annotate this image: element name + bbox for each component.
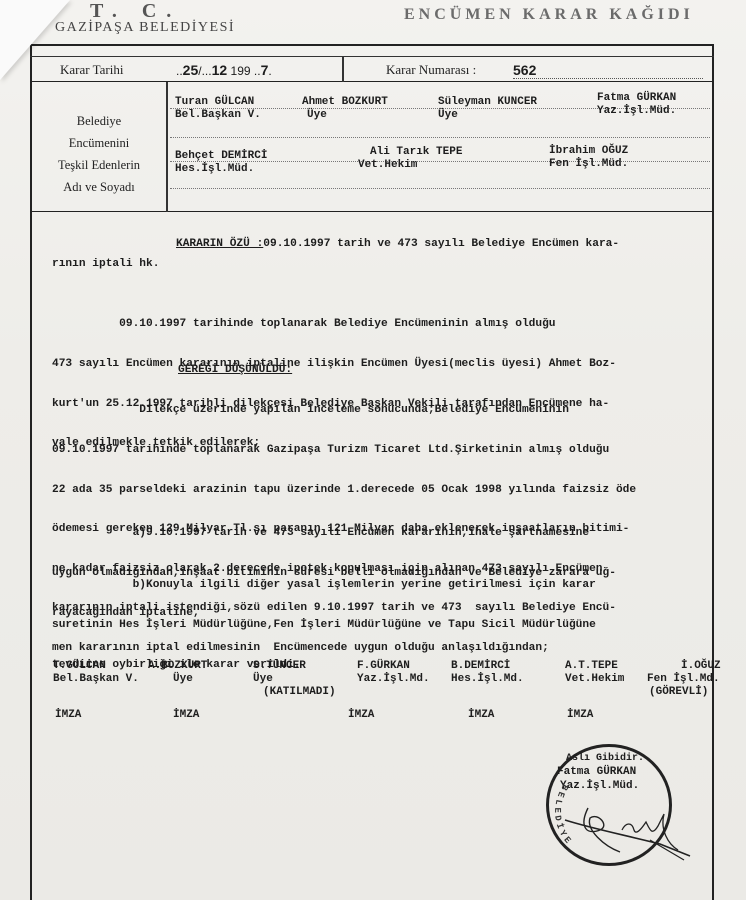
date-month: 12: [212, 62, 228, 78]
text-line: a)9.10.1997 tarih ve 473 sayılı Encümen …: [52, 527, 616, 540]
signatory: S.TUNCERÜye(KATILMADI): [253, 660, 336, 699]
signatory: A.T.TEPEVet.Hekim: [565, 660, 624, 686]
stamp-ring-label: BELEDİYE: [552, 782, 574, 848]
member-title: Vet.Hekim: [358, 159, 462, 172]
member-title: Üye: [438, 109, 537, 122]
considered-heading: GEREĞİ DÜŞÜNÜLDÜ:: [178, 364, 292, 377]
member-title: Üye: [302, 109, 388, 122]
caption-line: Encümenini: [34, 132, 164, 154]
text-line: Dilekçe üzerinde yapılan inceleme sonucu…: [52, 404, 636, 417]
member-entry: Süleyman KUNCERÜye: [438, 96, 537, 122]
folded-corner: [0, 0, 70, 80]
member-entry: Behçet DEMİRCİHes.İşl.Müd.: [175, 150, 267, 176]
caption-line: Adı ve Soyadı: [34, 176, 164, 198]
divider: [166, 82, 168, 212]
text-line: suretinin Hes İşleri Müdürlüğüne,Fen İşl…: [52, 619, 596, 632]
summary-label: KARARIN ÖZÜ :: [176, 238, 263, 250]
date-day: 25: [183, 62, 199, 78]
member-title: Yaz.İşl.Müd.: [597, 105, 676, 118]
signature-mark: İMZA: [567, 709, 593, 721]
signatory: T.GÜLCANBel.Başkan V.: [53, 660, 139, 686]
date-year-suffix: 7: [261, 62, 269, 78]
member-title: Fen İşl.Müd.: [549, 158, 628, 171]
member-entry: Turan GÜLCANBel.Başkan V.: [175, 96, 261, 122]
svg-text:BELEDİYE: BELEDİYE: [552, 782, 574, 848]
decision-date-value: ..25/...12 199 ..7.: [176, 62, 272, 78]
signatory: B.DEMİRCİHes.İşl.Md.: [451, 660, 524, 686]
text-line: 09.10.1997 tarihinde toplanarak Gazipaşa…: [52, 444, 636, 457]
members-caption: Belediye Encümenini Teşkil Edenlerin Adı…: [34, 110, 164, 198]
signature-mark: İMZA: [468, 709, 494, 721]
text-line: b)Konuyla ilgili diğer yasal işlemlerin …: [52, 579, 596, 592]
member-title: Bel.Başkan V.: [175, 109, 261, 122]
summary-text: 09.10.1997 tarih ve 473 sayılı Belediye …: [263, 238, 619, 250]
signatory: İ.OĞUZFen İşl.Md.(GÖREVLİ): [647, 660, 746, 699]
dotted-line: [170, 137, 710, 138]
member-entry: Ahmet BOZKURTÜye: [302, 96, 388, 122]
member-name: Ahmet BOZKURT: [302, 96, 388, 109]
signature-mark: İMZA: [55, 709, 81, 721]
dotted-line: [170, 188, 710, 189]
text-line: 09.10.1997 tarihinde toplanarak Belediye…: [52, 318, 616, 331]
summary-line-2: rının iptali hk.: [52, 258, 159, 271]
text-line: 473 sayılı Encümen kararının iptaline il…: [52, 358, 616, 371]
member-title: Hes.İşl.Müd.: [175, 163, 267, 176]
decision-number-value: 562: [513, 62, 703, 79]
signatory: A.BOZKURTÜye: [148, 660, 207, 686]
member-name: İbrahim OĞUZ: [549, 145, 628, 158]
member-name: Süleyman KUNCER: [438, 96, 537, 109]
signature-mark: İMZA: [348, 709, 374, 721]
member-name: Turan GÜLCAN: [175, 96, 261, 109]
member-entry: İbrahim OĞUZFen İşl.Müd.: [549, 145, 628, 171]
signature-mark: İMZA: [173, 709, 199, 721]
member-entry: Fatma GÜRKANYaz.İşl.Müd.: [597, 92, 676, 118]
caption-line: Belediye: [34, 110, 164, 132]
divider: [342, 56, 344, 82]
member-name: Fatma GÜRKAN: [597, 92, 676, 105]
summary-line: KARARIN ÖZÜ :09.10.1997 tarih ve 473 say…: [176, 238, 619, 251]
member-name: Ali Tarık TEPE: [358, 146, 462, 159]
header-organization: GAZİPAŞA BELEDİYESİ: [55, 20, 235, 36]
member-name: Behçet DEMİRCİ: [175, 150, 267, 163]
signatory: F.GÜRKANYaz.İşl.Md.: [357, 660, 430, 686]
member-entry: Ali Tarık TEPEVet.Hekim: [358, 146, 462, 172]
document-title: ENCÜMEN KARAR KAĞIDI: [404, 6, 694, 24]
caption-line: Teşkil Edenlerin: [34, 154, 164, 176]
date-year-prefix: 199: [231, 64, 251, 78]
text-line: 22 ada 35 parseldeki arazinin tapu üzeri…: [52, 484, 636, 497]
stamp-ring-text: BELEDİYE: [546, 744, 672, 866]
decision-number-label: Karar Numarası :: [386, 62, 476, 78]
